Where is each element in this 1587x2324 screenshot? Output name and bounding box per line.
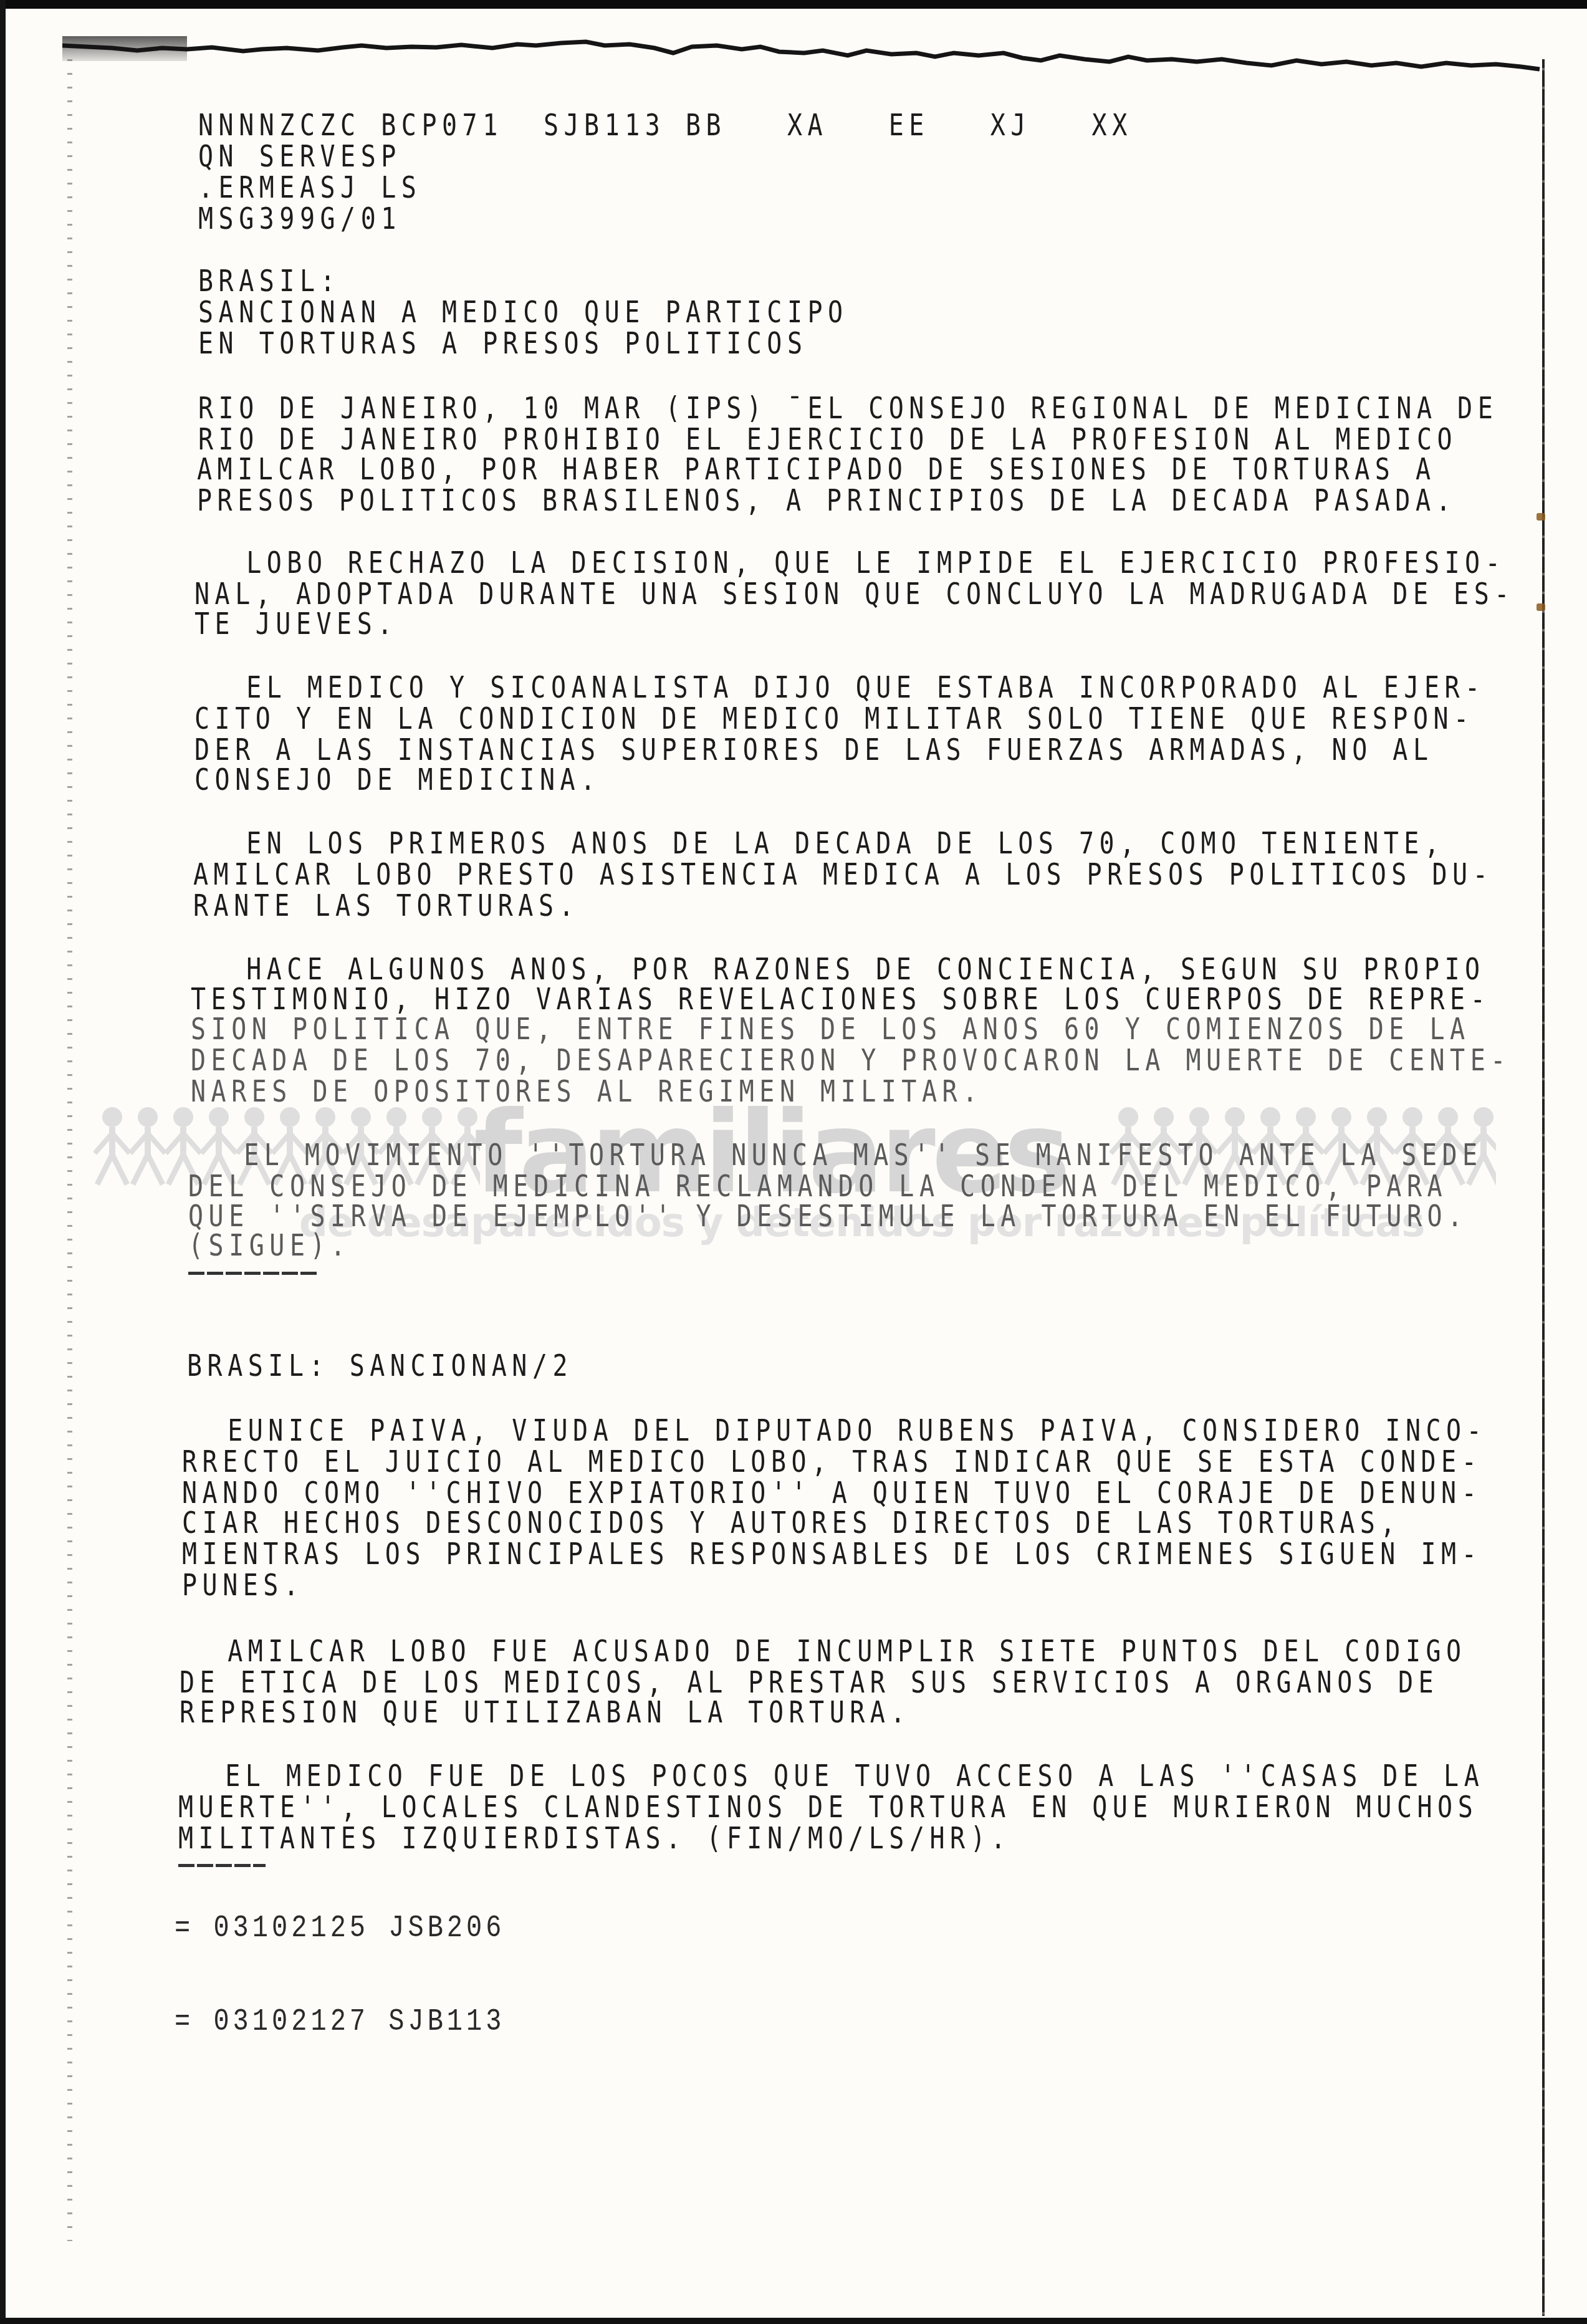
paragraph-line: AMILCAR LOBO PRESTO ASISTENCIA MEDICA A … <box>193 860 1493 890</box>
headline-line: EN TORTURAS A PRESOS POLITICOS <box>198 329 807 358</box>
paragraph-line: CIAR HECHOS DESCONOCIDOS Y AUTORES DIREC… <box>182 1509 1401 1538</box>
paragraph-line: AMILCAR LOBO, POR HABER PARTICIPADO DE S… <box>197 455 1436 484</box>
paragraph-line: REPRESION QUE UTILIZABAN LA TORTURA. <box>180 1698 911 1727</box>
paragraph-line: MILITANTES IZQUIERDISTAS. (FIN/MO/LS/HR)… <box>178 1824 1011 1853</box>
end-divider <box>178 1864 266 1867</box>
paragraph-line: MIENTRAS LOS PRINCIPALES RESPONSABLES DE… <box>182 1540 1482 1569</box>
paragraph-line: TE JUEVES. <box>194 610 398 639</box>
paragraph-line: HACE ALGUNOS ANOS, POR RAZONES DE CONCIE… <box>206 955 1485 984</box>
teletype-document: NNNNZCZC BCP071 SJB113 BB XA EE XJ XX QN… <box>0 0 1587 2324</box>
paragraph-line: RANTE LAS TORTURAS. <box>193 891 579 921</box>
paragraph-line: NARES DE OPOSITORES AL REGIMEN MILITAR. <box>191 1077 983 1107</box>
paragraph-line: QUE ''SIRVA DE EJEMPLO'' Y DESESTIMULE L… <box>188 1202 1468 1231</box>
paragraph-line: NANDO COMO ''CHIVO EXPIATORIO'' A QUIEN … <box>182 1479 1482 1508</box>
paragraph-line: RIO DE JANEIRO PROHIBIO EL EJERCICIO DE … <box>198 425 1457 454</box>
paragraph-line: AMILCAR LOBO FUE ACUSADO DE INCUMPLIR SI… <box>187 1637 1467 1666</box>
continuation-slug: BRASIL: SANCIONAN/2 <box>187 1352 573 1381</box>
headline-line: SANCIONAN A MEDICO QUE PARTICIPO <box>198 298 848 327</box>
paragraph-line: RIO DE JANEIRO, 10 MAR (IPS) ¯EL CONSEJO… <box>198 394 1498 423</box>
routing-line: NNNNZCZC BCP071 SJB113 BB XA EE XJ XX <box>198 111 1133 140</box>
transmission-log-entry: = 03102127 SJB113 <box>175 2006 505 2037</box>
paragraph-line: PRESOS POLITICOS BRASILENOS, A PRINCIPIO… <box>197 486 1456 516</box>
paragraph-line: DEL CONSEJO DE MEDICINA RECLAMANDO LA CO… <box>188 1172 1447 1201</box>
paragraph-line: NAL, ADOPTADA DURANTE UNA SESION QUE CON… <box>194 580 1515 609</box>
paragraph-line: CITO Y EN LA CONDICION DE MEDICO MILITAR… <box>194 704 1474 734</box>
paragraph-line: DE ETICA DE LOS MEDICOS, AL PRESTAR SUS … <box>180 1668 1439 1697</box>
paragraph-line: MUERTE'', LOCALES CLANDESTINOS DE TORTUR… <box>178 1793 1478 1822</box>
paragraph-line: PUNES. <box>182 1571 304 1600</box>
paragraph-line: EL MOVIMIENTO ''TORTURA NUNCA MAS'' SE M… <box>203 1141 1483 1170</box>
service-line: QN SERVESP <box>198 142 401 171</box>
paragraph-line: EL MEDICO Y SICOANALISTA DIJO QUE ESTABA… <box>206 673 1485 703</box>
paragraph-line: LOBO RECHAZO LA DECISION, QUE LE IMPIDE … <box>206 549 1505 578</box>
paragraph-line: SION POLITICA QUE, ENTRE FINES DE LOS AN… <box>191 1015 1470 1044</box>
paragraph-line: RRECTO EL JUICIO AL MEDICO LOBO, TRAS IN… <box>182 1448 1482 1477</box>
transmission-log-entry: = 03102125 JSB206 <box>175 1913 505 1944</box>
paragraph-line: TESTIMONIO, HIZO VARIAS REVELACIONES SOB… <box>191 985 1490 1014</box>
desk-line: .ERMEASJ LS <box>198 173 421 203</box>
sigue-marker: (SIGUE). <box>188 1231 351 1260</box>
message-id: MSG399G/01 <box>198 204 401 234</box>
section-divider <box>188 1272 317 1275</box>
story-kicker: BRASIL: <box>198 267 340 296</box>
paragraph-line: EL MEDICO FUE DE LOS POCOS QUE TUVO ACCE… <box>185 1762 1484 1791</box>
paragraph-line: CONSEJO DE MEDICINA. <box>194 766 601 795</box>
paragraph-line: DECADA DE LOS 70, DESAPARECIERON Y PROVO… <box>191 1046 1511 1075</box>
paragraph-line: EN LOS PRIMEROS ANOS DE LA DECADA DE LOS… <box>206 829 1445 858</box>
paragraph-line: DER A LAS INSTANCIAS SUPERIORES DE LAS F… <box>194 736 1434 765</box>
paragraph-line: EUNICE PAIVA, VIUDA DEL DIPUTADO RUBENS … <box>187 1416 1487 1446</box>
